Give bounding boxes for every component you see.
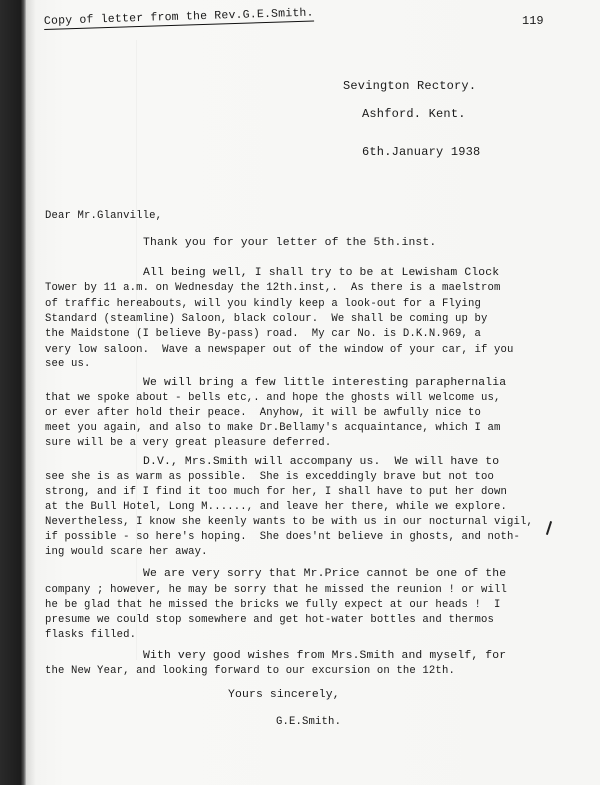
book-binding-edge (0, 0, 26, 785)
closing: Yours sincerely, (228, 689, 340, 701)
paragraph-line: of traffic hereabouts, will you kindly k… (45, 298, 481, 310)
paragraph-line: the Maidstone (I believe By-pass) road. … (45, 328, 481, 340)
paragraph-line: meet you again, and also to make Dr.Bell… (45, 422, 501, 434)
letter-date: 6th.January 1938 (362, 145, 480, 159)
paragraph-line: if possible - so here's hoping. She does… (45, 531, 520, 543)
paragraph-line: strong, and if I find it too much for he… (45, 486, 507, 498)
paragraph-line: We are very sorry that Mr.Price cannot b… (143, 568, 506, 580)
paragraph-line: the New Year, and looking forward to our… (45, 665, 455, 677)
paragraph-line: We will bring a few little interesting p… (143, 377, 506, 389)
paragraph-line: presume we could stop somewhere and get … (45, 614, 494, 626)
paragraph-line: ing would scare her away. (45, 546, 208, 558)
salutation: Dear Mr.Glanville, (45, 210, 162, 222)
paragraph-line: company ; however, he may be sorry that … (45, 584, 507, 596)
paragraph-line: D.V., Mrs.Smith will accompany us. We wi… (143, 456, 499, 468)
paragraph-line: very low saloon. Wave a newspaper out of… (45, 344, 514, 356)
paragraph-line: see she is as warm as possible. She is e… (45, 471, 494, 483)
paragraph-line: at the Bull Hotel, Long M......, and lea… (45, 501, 507, 513)
paragraph-line: or ever after hold their peace. Anyhow, … (45, 407, 481, 419)
paragraph-line: With very good wishes from Mrs.Smith and… (143, 650, 506, 662)
address-line-2: Ashford. Kent. (362, 107, 466, 121)
paragraph-line: Nevertheless, I know she keenly wants to… (45, 516, 533, 528)
address-line-1: Sevington Rectory. (343, 79, 476, 93)
paragraph-line: Standard (steamline) Saloon, black colou… (45, 313, 488, 325)
page-number: 119 (522, 14, 544, 28)
paragraph-line: flasks filled. (45, 629, 136, 641)
paragraph-line: see us. (45, 358, 91, 370)
paragraph-line: sure will be a very great pleasure defer… (45, 437, 331, 449)
paragraph-line: he be glad that he missed the bricks we … (45, 599, 501, 611)
paragraph-line: Tower by 11 a.m. on Wednesday the 12th.i… (45, 282, 501, 294)
signature: G.E.Smith. (276, 716, 341, 728)
paragraph-line: All being well, I shall try to be at Lew… (143, 267, 499, 279)
paragraph-line: Thank you for your letter of the 5th.ins… (143, 237, 436, 249)
paragraph-line: that we spoke about - bells etc,. and ho… (45, 392, 501, 404)
